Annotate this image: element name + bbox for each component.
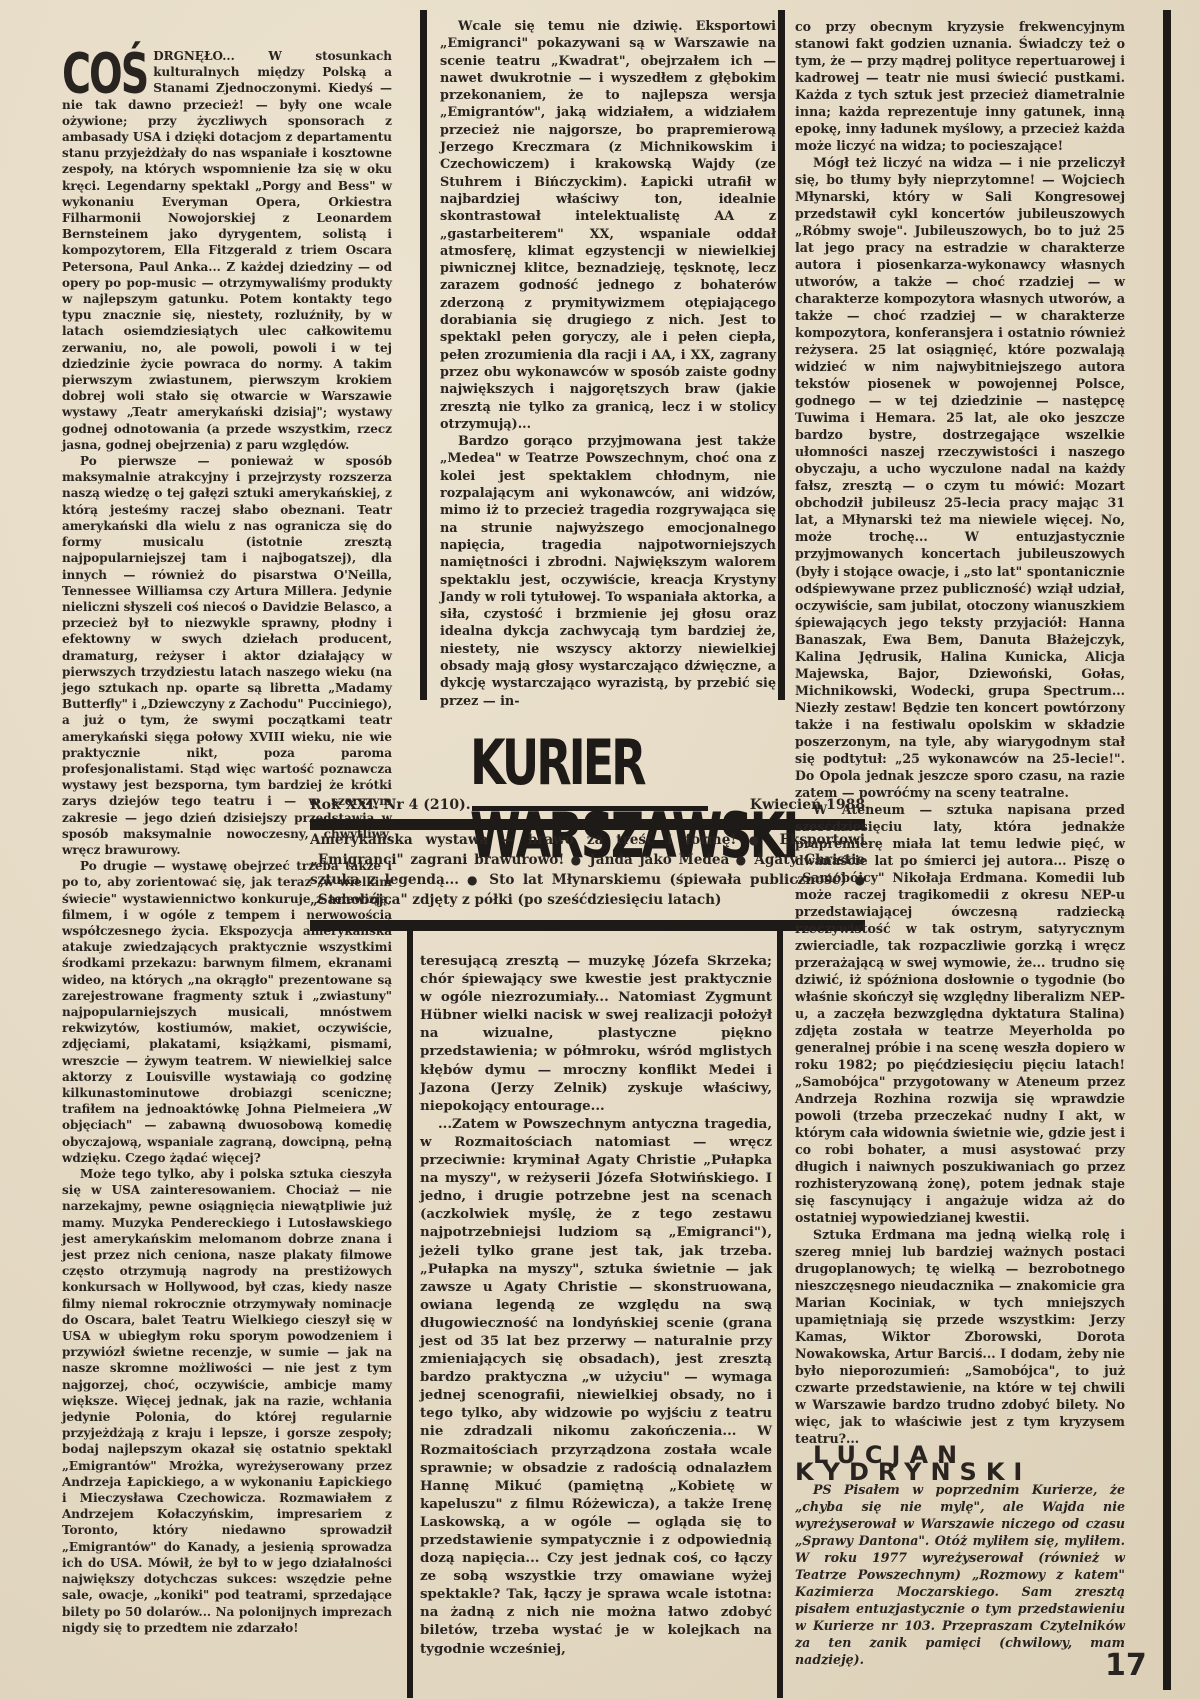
- article-column-3: co przy obecnym kryzysie frekwencyjnym s…: [795, 18, 1125, 1668]
- postscript: PS Pisałem w poprzednim Kurierze, że „ch…: [795, 1481, 1125, 1668]
- paragraph: Może tego tylko, aby i polska sztuka cie…: [62, 1166, 392, 1636]
- bullet-separator-icon: ●: [736, 833, 779, 847]
- headline-item: Janda jako Medea: [589, 852, 729, 868]
- column-rule-bottom-left: [407, 928, 413, 1698]
- column-rule-bottom-right: [777, 928, 783, 1698]
- newspaper-page: COŚ DRGNĘŁO... W stosunkach kulturalnych…: [0, 0, 1200, 1699]
- masthead-rule-top: [310, 819, 865, 830]
- column-rule-right: [778, 10, 785, 700]
- paragraph: co przy obecnym kryzysie frekwencyjnym s…: [795, 18, 1125, 154]
- headline-list: Amerykańska wystawa — brawo za treść i f…: [310, 830, 865, 910]
- headline-item: „Samobójca" zdjęty z półki (po sześćdzie…: [310, 892, 721, 908]
- paragraph: Bardzo gorąco przyjmowana jest także „Me…: [440, 433, 776, 710]
- masthead-rule-bottom: [310, 920, 865, 931]
- masthead-box: KURIER WARSZAWSKI Rok XXI. Nr 4 (210). K…: [310, 722, 870, 932]
- article-column-2-top: Wcale się temu nie dziwię. Eksportowi „E…: [440, 18, 776, 710]
- headline-item: Amerykańska wystawa — brawo za treść i f…: [310, 832, 736, 848]
- logo-underline: [472, 806, 708, 811]
- paragraph: Mógł też liczyć na widza — i nie przelic…: [795, 154, 1125, 801]
- paragraph: Wcale się temu nie dziwię. Eksportowi „E…: [440, 18, 776, 433]
- paragraph: ...Zatem w Powszechnym antyczna tragedia…: [420, 1115, 772, 1658]
- headline-item: Sto lat Młynarskiemu (śpiewała publiczno…: [489, 872, 846, 888]
- paragraph: W Ateneum — sztuka napisana przed sześćd…: [795, 801, 1125, 1226]
- column-rule-left: [420, 10, 427, 700]
- issue-number: Rok XXI. Nr 4 (210).: [310, 797, 471, 813]
- bullet-separator-icon: ●: [729, 853, 754, 867]
- article-column-2-bottom: teresującą zresztą — muzykę Józefa Skrze…: [420, 952, 772, 1658]
- paragraph: Sztuka Erdmana ma jedną wielką rolę i sz…: [795, 1226, 1125, 1447]
- author-byline: LUCJAN KYDRYŃSKI: [795, 1447, 1125, 1481]
- bullet-separator-icon: ●: [459, 873, 489, 887]
- page-edge-rule: [1163, 10, 1171, 1690]
- paragraph: DRGNĘŁO... W stosunkach kulturalnych mię…: [62, 48, 392, 453]
- drop-cap: COŚ: [62, 50, 147, 100]
- bullet-separator-icon: ●: [564, 853, 589, 867]
- paragraph: teresującą zresztą — muzykę Józefa Skrze…: [420, 952, 772, 1115]
- page-number: 17: [1105, 1648, 1147, 1683]
